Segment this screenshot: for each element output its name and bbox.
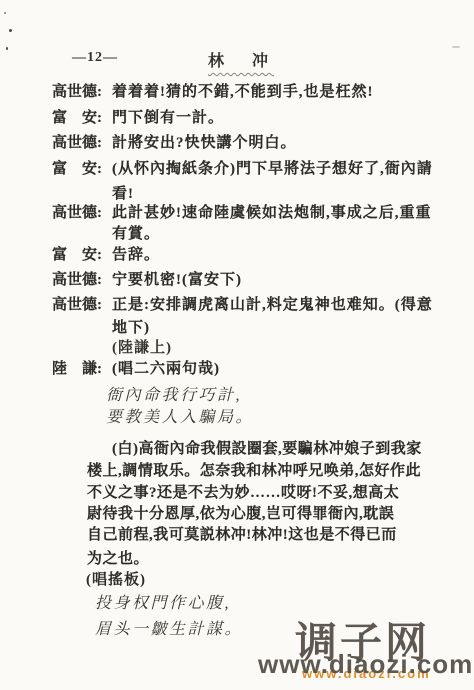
aria-verse-line: 衙內命我行巧計, <box>106 382 242 405</box>
monologue-line: 为之也。 <box>87 547 149 568</box>
dialog-text: 着着着!猜的不錯,不能到手,也是枉然! <box>112 80 374 101</box>
monologue-line: 不义之事?还是不去为妙……哎呀!不妥,想高太 <box>87 481 399 502</box>
dialog-text: 告辞。 <box>112 243 160 264</box>
scan-speck <box>9 29 13 33</box>
dialog-line: 富 安: (从怀內掏紙条介)門下早將法子想好了,衙內請 <box>52 157 433 178</box>
dialog-text: 此計甚妙!速命陸虞候如法炮制,事成之后,重重 <box>112 201 432 222</box>
dialog-line: 富 安: 門下倒有一計。 <box>52 106 224 127</box>
speaker-name: 高世德: <box>52 201 112 222</box>
dialog-text: 正是:安排調虎离山計,料定鬼神也难知。(得意 <box>112 293 433 314</box>
dialog-text: 門下倒有一計。 <box>112 106 224 127</box>
dialog-text-wrap: 看! <box>112 182 134 203</box>
dialog-text-wrap: 地下) <box>112 316 150 337</box>
speaker-name: 高世德: <box>52 80 112 101</box>
dialog-line: 陸 謙: (唱二六兩句哉) <box>52 357 220 378</box>
scan-speck <box>4 12 6 14</box>
aria-verse-line: 要教美人入騙局。 <box>106 404 254 427</box>
dialog-text: 宁要机密!(富安下) <box>112 268 242 289</box>
dialog-line: 富 安: 告辞。 <box>52 243 160 264</box>
dialog-line: 高世德: 宁要机密!(富安下) <box>52 268 242 289</box>
monologue-line: 尉待我十分恩厚,依为心腹,岂可得罪衙內,耽誤 <box>87 502 394 523</box>
aria-verse-line: 投身权門作心腹, <box>95 590 231 613</box>
speaker-name: 富 安: <box>52 157 112 178</box>
dialog-text-wrap: 有賞。 <box>112 222 160 243</box>
speaker-name: 高世德: <box>52 268 112 289</box>
dialog-line: 高世德: 此計甚妙!速命陸虞候如法炮制,事成之后,重重 <box>52 201 432 222</box>
aria-marker: (唱搖板) <box>86 568 146 589</box>
monologue-line: (白)高衙內命我假設圈套,要騙林冲娘子到我家 <box>112 437 422 458</box>
monologue-line: 楼上,調情取乐。怎奈我和林冲呼兄唤弟,怎好作此 <box>87 459 421 480</box>
stage-direction: (陸謙上) <box>112 336 172 357</box>
dialog-text: (从怀內掏紙条介)門下早將法子想好了,衙內請 <box>112 157 433 178</box>
page-number: —12— <box>72 50 118 66</box>
monologue-line: 自己前程,我可莫説林冲!林冲!这也是不得已而 <box>87 523 397 544</box>
dialog-line: 高世德: 着着着!猜的不錯,不能到手,也是枉然! <box>52 80 374 101</box>
speaker-name: 高世德: <box>52 293 112 314</box>
watermark-site-url: www.diaozi.com <box>258 649 473 680</box>
speaker-name: 高世德: <box>52 131 112 152</box>
dialog-line: 高世德: 計將安出?快快講个明白。 <box>52 131 297 152</box>
dialog-text: (唱二六兩句哉) <box>112 357 220 378</box>
dialog-line: 高世德: 正是:安排調虎离山計,料定鬼神也难知。(得意 <box>52 293 433 314</box>
dialog-text: 計將安出?快快講个明白。 <box>112 131 297 152</box>
speaker-name: 富 安: <box>52 243 112 264</box>
speaker-name: 富 安: <box>52 106 112 127</box>
scan-speck <box>6 47 8 50</box>
aria-verse-line: 眉头一皺生計謀。 <box>95 616 243 639</box>
scan-smudge <box>452 46 460 48</box>
page-title: 林 冲 <box>208 48 274 71</box>
scanned-script-page: —12— 林 冲 高世德: 着着着!猜的不錯,不能到手,也是枉然! 富 安: 門… <box>0 0 474 690</box>
speaker-name: 陸 謙: <box>52 357 112 378</box>
